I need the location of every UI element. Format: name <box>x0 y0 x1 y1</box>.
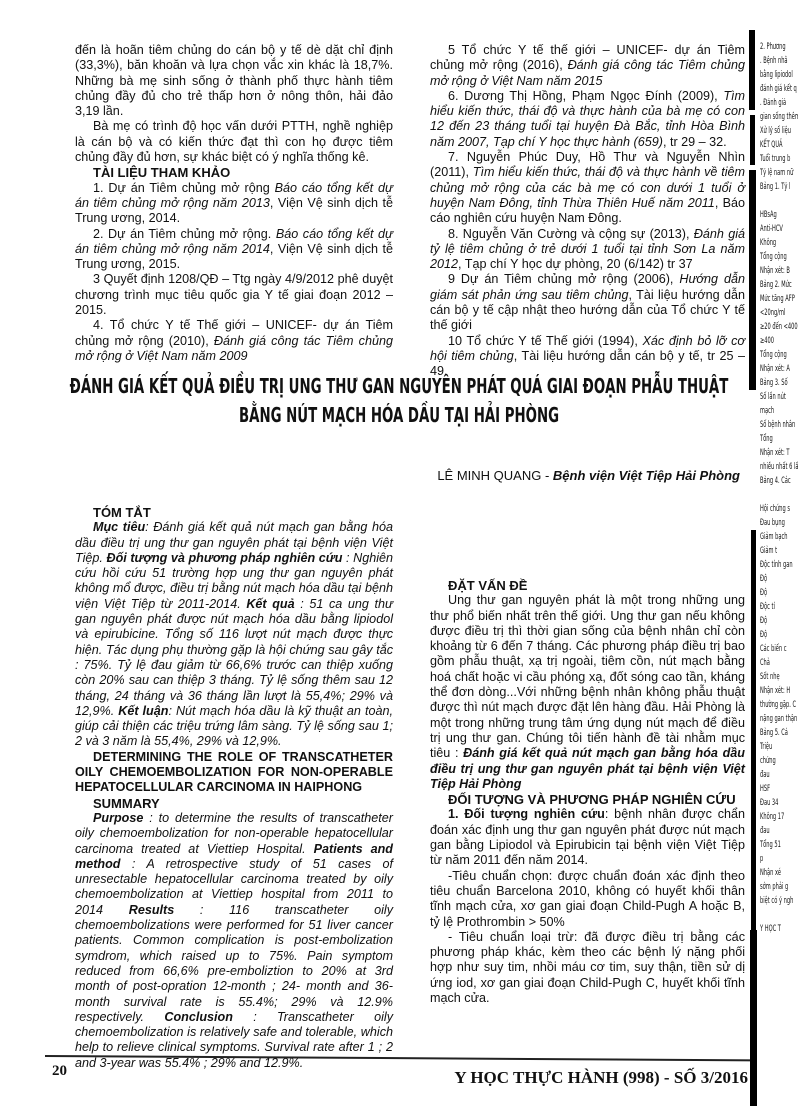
bleed-line: Số lần nút <box>760 390 783 404</box>
article-title-line-2: BẰNG NÚT MẠCH HÓA DẦU TẠI HẢI PHÒNG <box>59 401 738 430</box>
reference-item: 8. Nguyễn Văn Cường và cộng sự (2013), Đ… <box>430 227 745 273</box>
bleed-line <box>760 194 783 208</box>
inclusion-criteria: -Tiêu chuẩn chọn: được chuẩn đoán xác đị… <box>430 869 745 930</box>
exclusion-criteria: - Tiêu chuẩn loại trừ: đã được điều trị … <box>430 930 745 1006</box>
bleed-line: Xử lý số liệu <box>760 124 783 138</box>
subjects-paragraph: 1. Đối tượng nghiên cứu: bệnh nhân được … <box>430 807 745 868</box>
bleed-line: Độc tí <box>760 600 783 614</box>
bleed-line <box>760 908 783 922</box>
bleed-line: Đau 34 <box>760 796 783 810</box>
english-title: DETERMINING THE ROLE OF TRANSCATHETER OI… <box>75 750 393 796</box>
bleed-line: Y HỌC T <box>760 922 783 936</box>
bleed-line: nhiều nhất 6 lần <box>760 460 783 474</box>
abstract-heading: TÓM TẮT <box>75 505 393 520</box>
bleed-line: HSF <box>760 782 783 796</box>
paragraph: Bà mẹ có trình độ học vấn dưới PTTH, ngh… <box>75 119 393 165</box>
bleed-line: Triệu <box>760 740 783 754</box>
previous-article-right-column: 5 Tổ chức Y tế thế giới – UNICEF- dự án … <box>430 43 745 380</box>
author-line: LÊ MINH QUANG - Bệnh viện Việt Tiệp Hải … <box>437 468 740 483</box>
reference-item: 9 Dự án Tiêm chủng mở rộng (2006), Hướng… <box>430 272 745 333</box>
introduction-paragraph: Ung thư gan nguyên phát là một trong nhữ… <box>430 593 745 792</box>
bleed-line: Bảng 4. Các <box>760 474 783 488</box>
bleed-line: Nhận xét: T <box>760 446 783 460</box>
bleed-line: sớm phải g <box>760 880 783 894</box>
bleed-line: Tổng 51 <box>760 838 783 852</box>
bleed-line: mạch <box>760 404 783 418</box>
body-column: ĐẶT VẤN ĐỀ Ung thư gan nguyên phát là mộ… <box>430 502 745 1006</box>
journal-footer: Y HỌC THỰC HÀNH (998) - SỐ 3/2016 <box>454 1068 748 1088</box>
bleed-line: p <box>760 852 783 866</box>
bleed-line: đau <box>760 824 783 838</box>
summary-heading: SUMMARY <box>75 796 393 811</box>
bleed-line: Không <box>760 236 783 250</box>
reference-item: 5 Tổ chức Y tế thế giới – UNICEF- dự án … <box>430 43 745 89</box>
bleed-line: nặng gan thận <box>760 712 783 726</box>
bleed-line: Tuổi trung b <box>760 152 783 166</box>
bleed-line: đánh giá kết q <box>760 82 783 96</box>
bleed-line: . Đánh giá <box>760 96 783 110</box>
bleed-line: Anti-HCV <box>760 222 783 236</box>
bleed-line: Bảng 2. Mức <box>760 278 783 292</box>
bleed-line: gian sống thêm <box>760 110 783 124</box>
bleed-line: 2. Phương <box>760 40 783 54</box>
bleed-line: Chả <box>760 656 783 670</box>
bleed-line: đau <box>760 768 783 782</box>
author-affiliation: Bệnh viện Việt Tiệp Hải Phòng <box>553 468 740 483</box>
bleed-line: ≥20 đến <400 <box>760 320 783 334</box>
article-title: ĐÁNH GIÁ KẾT QUẢ ĐIỀU TRỊ UNG THƯ GAN NG… <box>0 372 798 430</box>
bleed-line: Tỷ lệ nam nữ <box>760 166 783 180</box>
bleed-line: Độ <box>760 614 783 628</box>
bleed-line: Số bệnh nhân <box>760 418 783 432</box>
abstract-column: TÓM TẮT Mục tiêu: Đánh giá kết quả nút m… <box>75 505 393 1071</box>
bleed-line: biệt có ý ngh <box>760 894 783 908</box>
previous-article-left-column: đến là hoãn tiêm chủng do cán bộ y tế dè… <box>75 43 393 364</box>
bleed-line: Độ <box>760 572 783 586</box>
abstract-vi-paragraph: Mục tiêu: Đánh giá kết quả nút mạch gan … <box>75 520 393 749</box>
article-title-line-1: ĐÁNH GIÁ KẾT QUẢ ĐIỀU TRỊ UNG THƯ GAN NG… <box>59 372 738 401</box>
page-number: 20 <box>52 1063 67 1080</box>
bleed-line: Sốt nhẹ <box>760 670 783 684</box>
bleed-line: Độ <box>760 628 783 642</box>
reference-item: 3 Quyết định 1208/QĐ – Ttg ngày 4/9/2012… <box>75 272 393 318</box>
bleed-line: Các biến c <box>760 642 783 656</box>
bleed-line: Nhận xét: B <box>760 264 783 278</box>
bleed-line: Đau bụng <box>760 516 783 530</box>
bleed-line: Giảm bạch <box>760 530 783 544</box>
introduction-heading: ĐẶT VẤN ĐỀ <box>430 578 745 593</box>
bleed-line: chứng <box>760 754 783 768</box>
book-binding-shadow <box>747 30 757 1106</box>
adjacent-page-bleed: 2. Phương. Bệnh nhâbằng lipiodolđánh giá… <box>760 40 798 1106</box>
bleed-line: Mức tăng AFP <box>760 292 783 306</box>
bleed-line: KẾT QUẢ <box>760 138 783 152</box>
bleed-line: Hội chứng s <box>760 502 783 516</box>
methods-heading: ĐỐI TƯỢNG VÀ PHƯƠNG PHÁP NGHIÊN CỨU <box>430 792 745 807</box>
bleed-line: Nhận xé <box>760 866 783 880</box>
bleed-line: <20ng/ml <box>760 306 783 320</box>
bleed-line: Nhận xét: A <box>760 362 783 376</box>
reference-item: 7. Nguyễn Phúc Duy, Hồ Thư và Nguyễn Nhì… <box>430 150 745 226</box>
bleed-line: . Bệnh nhâ <box>760 54 783 68</box>
bleed-line: Độc tính gan <box>760 558 783 572</box>
bleed-line: Độ <box>760 586 783 600</box>
bleed-line: Bảng 3. Số <box>760 376 783 390</box>
bleed-line: Tổng cộng <box>760 348 783 362</box>
bleed-line: Tổng cộng <box>760 250 783 264</box>
bleed-line <box>760 488 783 502</box>
summary-overflow-spacer <box>430 502 745 578</box>
reference-item: 2. Dự án Tiêm chủng mở rộng. Báo cáo tổn… <box>75 227 393 273</box>
reference-item: 1. Dự án Tiêm chủng mở rộng Báo cáo tổng… <box>75 181 393 227</box>
bleed-line: ≥400 <box>760 334 783 348</box>
bleed-line: bằng lipiodol <box>760 68 783 82</box>
bleed-line: Không 17 <box>760 810 783 824</box>
bleed-line: Nhận xét: H <box>760 684 783 698</box>
reference-item: 6. Dương Thị Hồng, Phạm Ngọc Đính (2009)… <box>430 89 745 150</box>
reference-item: 4. Tổ chức Y tế Thế giới – UNICEF- dự án… <box>75 318 393 364</box>
bleed-line: HBsAg <box>760 208 783 222</box>
bleed-line: Tổng <box>760 432 783 446</box>
bleed-line: Bảng 5. Cá <box>760 726 783 740</box>
author-name: LÊ MINH QUANG <box>437 468 541 483</box>
bleed-line: Bảng 1. Tỷ l <box>760 180 783 194</box>
paragraph: đến là hoãn tiêm chủng do cán bộ y tế dè… <box>75 43 393 119</box>
references-heading: TÀI LIỆU THAM KHẢO <box>75 165 393 180</box>
bleed-line: Giảm t <box>760 544 783 558</box>
bleed-line: thường gặp. C <box>760 698 783 712</box>
summary-paragraph: Purpose : to determine the results of tr… <box>75 811 393 1071</box>
